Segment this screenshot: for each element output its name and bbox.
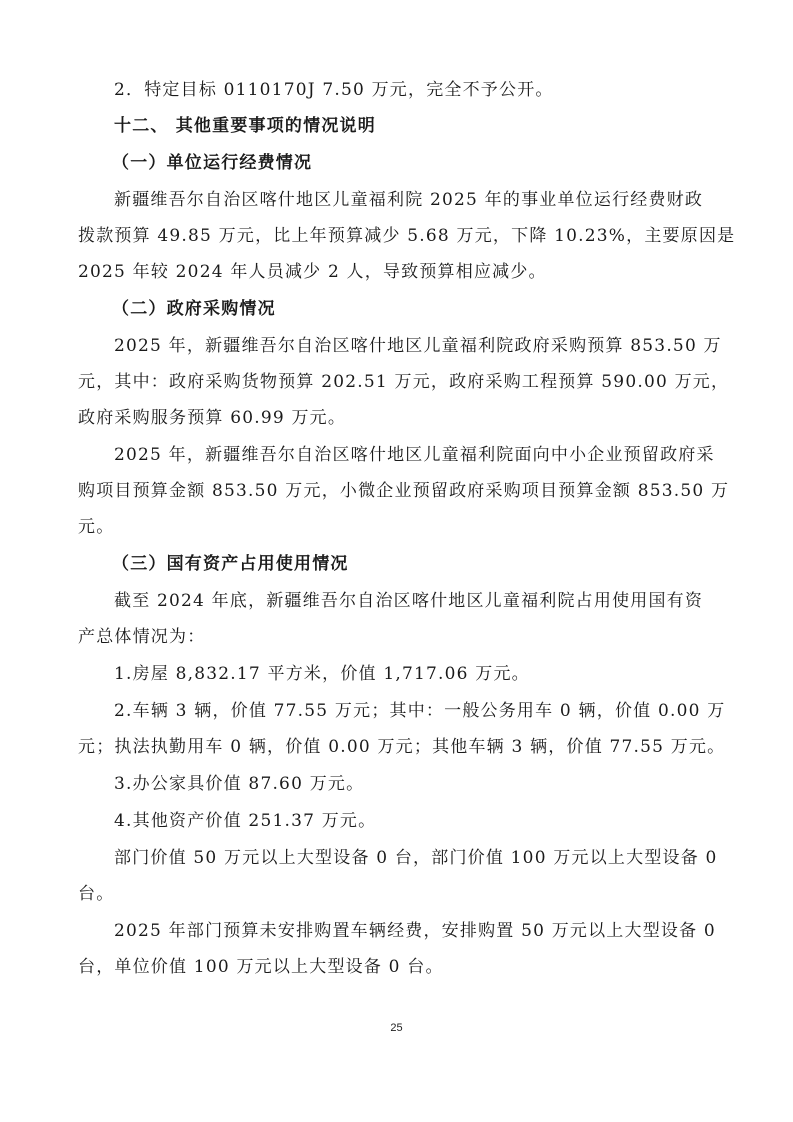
document-page: 2．特定目标 0110170J 7.50 万元，完全不予公开。十二、 其他重要事…	[0, 0, 793, 1122]
paragraph-line: 2025 年较 2024 年人员减少 2 人，导致预算相应减少。	[78, 260, 547, 284]
paragraph-line: 拨款预算 49.85 万元，比上年预算减少 5.68 万元，下降 10.23%，…	[78, 224, 735, 248]
subsection-heading: （三）国有资产占用使用情况	[112, 552, 349, 576]
paragraph-line: 1.房屋 8,832.17 平方米，价值 1,717.06 万元。	[114, 662, 530, 686]
paragraph-line: 台，单位价值 100 万元以上大型设备 0 台。	[78, 955, 444, 979]
paragraph-line: 部门价值 50 万元以上大型设备 0 台，部门价值 100 万元以上大型设备 0	[114, 846, 718, 870]
paragraph-line: 产总体情况为：	[78, 625, 205, 649]
subsection-heading: （二）政府采购情况	[112, 297, 276, 321]
paragraph-line: 元。	[78, 515, 114, 539]
paragraph-line: 政府采购服务预算 60.99 万元。	[78, 406, 346, 430]
paragraph-line: 新疆维吾尔自治区喀什地区儿童福利院 2025 年的事业单位运行经费财政	[114, 188, 703, 212]
paragraph-line: 购项目预算金额 853.50 万元，小微企业预留政府采购项目预算金额 853.5…	[78, 479, 729, 503]
paragraph-line: 元；执法执勤用车 0 辆，价值 0.00 万元；其他车辆 3 辆，价值 77.5…	[78, 735, 725, 759]
paragraph-line: 元，其中：政府采购货物预算 202.51 万元，政府采购工程预算 590.00 …	[78, 370, 729, 394]
paragraph-line: 台。	[78, 882, 114, 906]
paragraph-line: 2.车辆 3 辆，价值 77.55 万元；其中：一般公务用车 0 辆，价值 0.…	[114, 699, 725, 723]
paragraph-line: 2025 年，新疆维吾尔自治区喀什地区儿童福利院面向中小企业预留政府采	[114, 443, 715, 467]
paragraph-line: 2025 年部门预算未安排购置车辆经费，安排购置 50 万元以上大型设备 0	[114, 919, 716, 943]
paragraph-line: 2．特定目标 0110170J 7.50 万元，完全不予公开。	[114, 78, 554, 102]
paragraph-line: 截至 2024 年底，新疆维吾尔自治区喀什地区儿童福利院占用使用国有资	[114, 589, 703, 613]
page-number: 25	[0, 1022, 793, 1034]
paragraph-line: 3.办公家具价值 87.60 万元。	[114, 772, 364, 796]
paragraph-line: 4.其他资产价值 251.37 万元。	[114, 809, 376, 833]
section-heading: 十二、 其他重要事项的情况说明	[114, 114, 376, 138]
subsection-heading: （一）单位运行经费情况	[112, 151, 312, 175]
paragraph-line: 2025 年，新疆维吾尔自治区喀什地区儿童福利院政府采购预算 853.50 万	[114, 334, 722, 358]
